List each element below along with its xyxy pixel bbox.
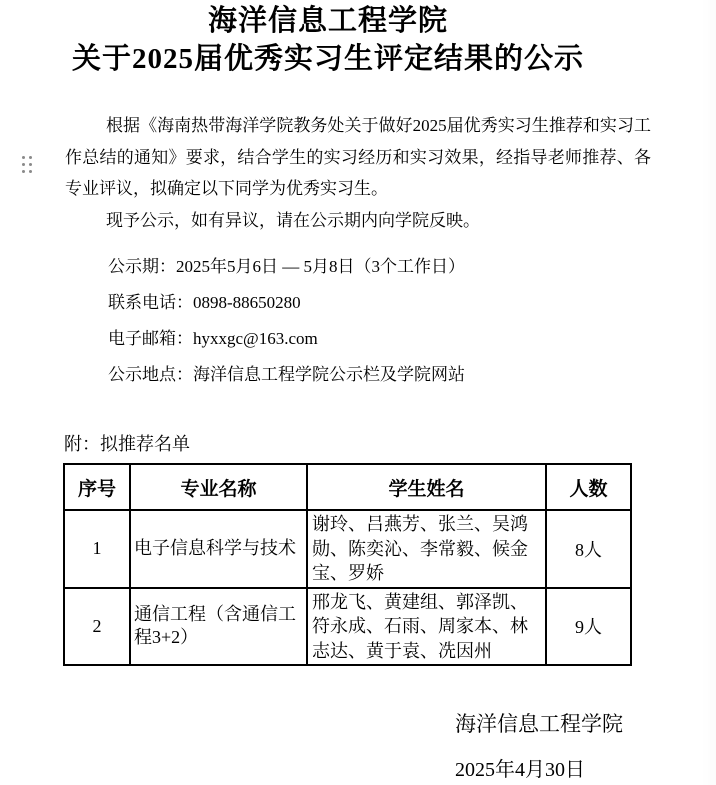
info-block: 公示期：2025年5月6日 — 5月8日（3个工作日） 联系电话：0898-88… [108, 258, 465, 402]
table-row: 2 通信工程（含通信工程3+2） 邢龙飞、黄建组、郭泽凯、符永成、石雨、周家本、… [64, 588, 631, 666]
recommendation-table: 序号 专业名称 学生姓名 人数 1 电子信息科学与技术 谢玲、吕燕芳、张兰、吴鸿… [63, 463, 632, 666]
signature-org: 海洋信息工程学院 [455, 712, 623, 737]
info-location: 公示地点：海洋信息工程学院公示栏及学院网站 [108, 366, 465, 383]
signature-date: 2025年4月30日 [455, 758, 623, 783]
signature-block: 海洋信息工程学院 2025年4月30日 [455, 712, 623, 783]
cell-count: 8人 [546, 510, 631, 588]
table-header-row: 序号 专业名称 学生姓名 人数 [64, 464, 631, 510]
drag-handle-icon[interactable] [22, 156, 32, 173]
col-header-serial: 序号 [64, 464, 130, 510]
info-email: 电子邮箱：hyxxgc@163.com [108, 330, 465, 347]
info-phone: 联系电话：0898-88650280 [108, 294, 465, 311]
dot [29, 163, 32, 166]
paragraph-1: 根据《海南热带海洋学院教务处关于做好2025届优秀实习生推荐和实习工作总结的通知… [65, 110, 651, 205]
dot [29, 170, 32, 173]
col-header-count: 人数 [546, 464, 631, 510]
page-edge-shading [702, 0, 716, 785]
dot [22, 170, 25, 173]
cell-major: 通信工程（含通信工程3+2） [130, 588, 307, 666]
cell-students: 邢龙飞、黄建组、郭泽凯、符永成、石雨、周家本、林志达、黄于袁、冼因州 [307, 588, 546, 666]
attachment-label: 附：拟推荐名单 [64, 434, 190, 454]
title-line-1: 海洋信息工程学院 [0, 2, 656, 40]
cell-serial: 2 [64, 588, 130, 666]
dot [22, 156, 25, 159]
info-publicity-period: 公示期：2025年5月6日 — 5月8日（3个工作日） [108, 258, 465, 275]
dot [29, 156, 32, 159]
document-page: 海洋信息工程学院 关于2025届优秀实习生评定结果的公示 根据《海南热带海洋学院… [0, 0, 716, 785]
cell-serial: 1 [64, 510, 130, 588]
document-title: 海洋信息工程学院 关于2025届优秀实习生评定结果的公示 [0, 2, 656, 78]
table-row: 1 电子信息科学与技术 谢玲、吕燕芳、张兰、吴鸿勋、陈奕沁、李常毅、候金宝、罗娇… [64, 510, 631, 588]
col-header-students: 学生姓名 [307, 464, 546, 510]
body-paragraphs: 根据《海南热带海洋学院教务处关于做好2025届优秀实习生推荐和实习工作总结的通知… [65, 110, 651, 236]
col-header-major: 专业名称 [130, 464, 307, 510]
cell-major: 电子信息科学与技术 [130, 510, 307, 588]
cell-count: 9人 [546, 588, 631, 666]
cell-students: 谢玲、吕燕芳、张兰、吴鸿勋、陈奕沁、李常毅、候金宝、罗娇 [307, 510, 546, 588]
dot [22, 163, 25, 166]
paragraph-2: 现予公示，如有异议，请在公示期内向学院反映。 [65, 205, 651, 237]
title-line-2: 关于2025届优秀实习生评定结果的公示 [0, 40, 656, 78]
